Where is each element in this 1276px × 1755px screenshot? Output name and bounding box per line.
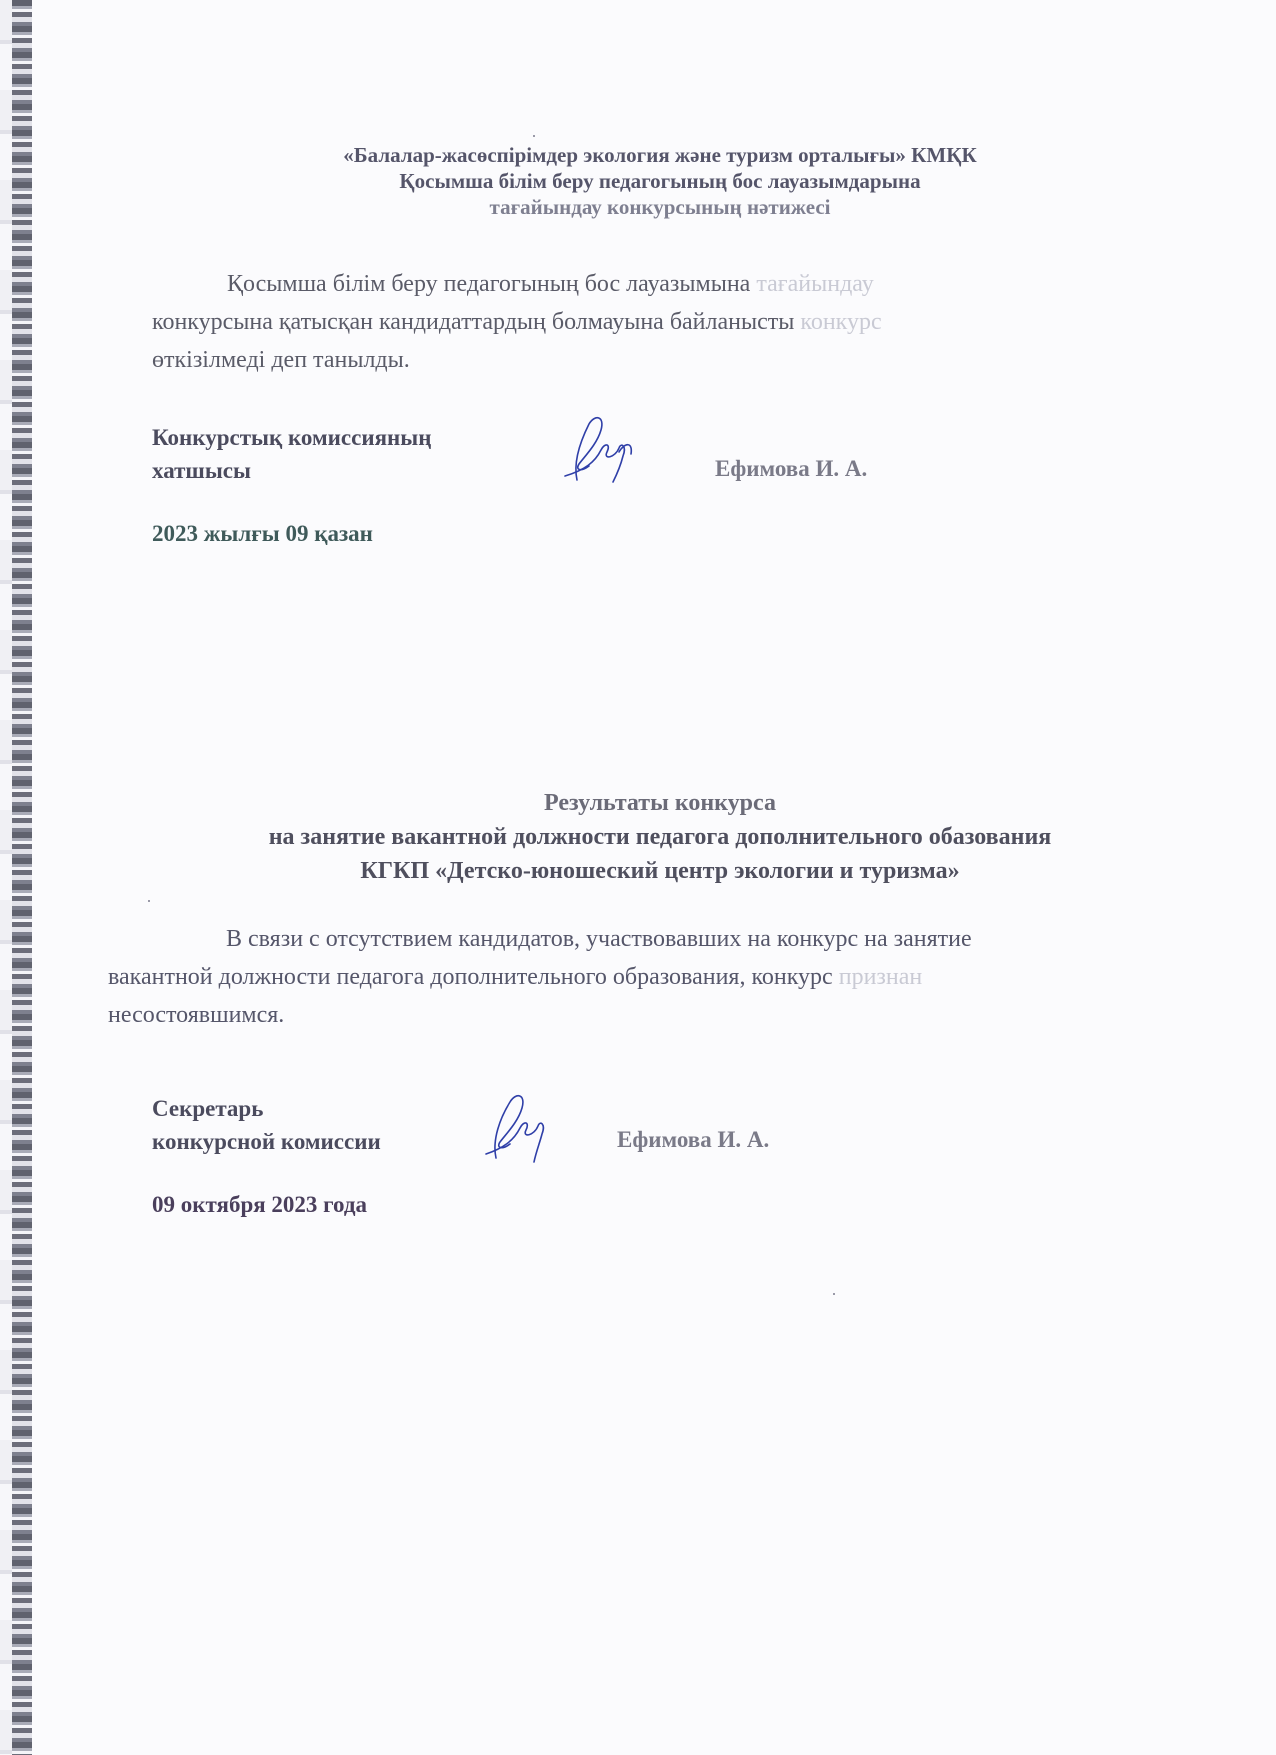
scan-speck — [148, 900, 150, 902]
russian-paragraph-line-2: вакантной должности педагога дополнитель… — [108, 958, 1148, 996]
russian-line-2-faded-text: признан — [839, 964, 923, 990]
russian-header-organization: КГКП «Детско-юношеский центр экологии и … — [150, 854, 1170, 888]
kazakh-secretary-title: Конкурстық комиссияның хатшысы — [152, 421, 431, 487]
russian-secretary-name: Ефимова И. А. — [617, 1127, 769, 1153]
kazakh-header-subject: Қосымша білім беру педагогының бос лауаз… — [150, 168, 1170, 194]
scan-speck — [533, 135, 535, 137]
kazakh-paragraph-line-3: өткізілмеді деп танылды. — [152, 341, 1152, 379]
kazakh-secretary-title-line-1: Конкурстық комиссияның — [152, 421, 431, 454]
kazakh-line-2-faded-text: конкурс — [800, 309, 881, 335]
russian-header-title: Результаты конкурса — [150, 786, 1170, 820]
russian-paragraph-line-1: В связи с отсутствием кандидатов, участв… — [108, 920, 1148, 958]
handwritten-signature-icon — [478, 1090, 558, 1165]
russian-secretary-title-line-1: Секретарь — [152, 1092, 381, 1125]
scan-edge-artifact — [12, 0, 32, 1755]
kazakh-result-paragraph: Қосымша білім беру педагогының бос лауаз… — [152, 265, 1152, 379]
russian-secretary-title: Секретарь конкурсной комиссии — [152, 1092, 381, 1158]
kazakh-document-header: «Балалар-жасөспірімдер экология және тур… — [150, 142, 1170, 220]
russian-line-2-text: вакантной должности педагога дополнитель… — [108, 964, 833, 990]
kazakh-secretary-name: Ефимова И. А. — [715, 456, 867, 482]
russian-document-header: Результаты конкурса на занятие вакантной… — [150, 786, 1170, 888]
kazakh-header-organization: «Балалар-жасөспірімдер экология және тур… — [150, 142, 1170, 168]
kazakh-line-1-faded-text: тағайындау — [756, 271, 873, 297]
kazakh-paragraph-line-2: конкурсына қатысқан кандидаттардың болма… — [152, 303, 1152, 341]
kazakh-document-date: 2023 жылғы 09 қазан — [152, 521, 373, 547]
russian-secretary-title-line-2: конкурсной комиссии — [152, 1125, 381, 1158]
kazakh-line-2-text: конкурсына қатысқан кандидаттардың болма… — [152, 309, 794, 335]
kazakh-line-1-text: Қосымша білім беру педагогының бос лауаз… — [227, 271, 750, 297]
kazakh-header-result: тағайындау конкурсының нәтижесі — [150, 194, 1170, 220]
scan-speck — [833, 1293, 835, 1295]
handwritten-signature-icon — [555, 412, 645, 487]
russian-paragraph-line-3: несостоявшимся. — [108, 996, 1148, 1034]
russian-header-subject: на занятие вакантной должности педагога … — [150, 820, 1170, 854]
kazakh-paragraph-line-1: Қосымша білім беру педагогының бос лауаз… — [152, 265, 1152, 303]
kazakh-secretary-title-line-2: хатшысы — [152, 454, 431, 487]
russian-result-paragraph: В связи с отсутствием кандидатов, участв… — [108, 920, 1148, 1034]
scan-edge-shadow — [0, 0, 12, 1755]
russian-document-date: 09 октября 2023 года — [152, 1192, 367, 1218]
